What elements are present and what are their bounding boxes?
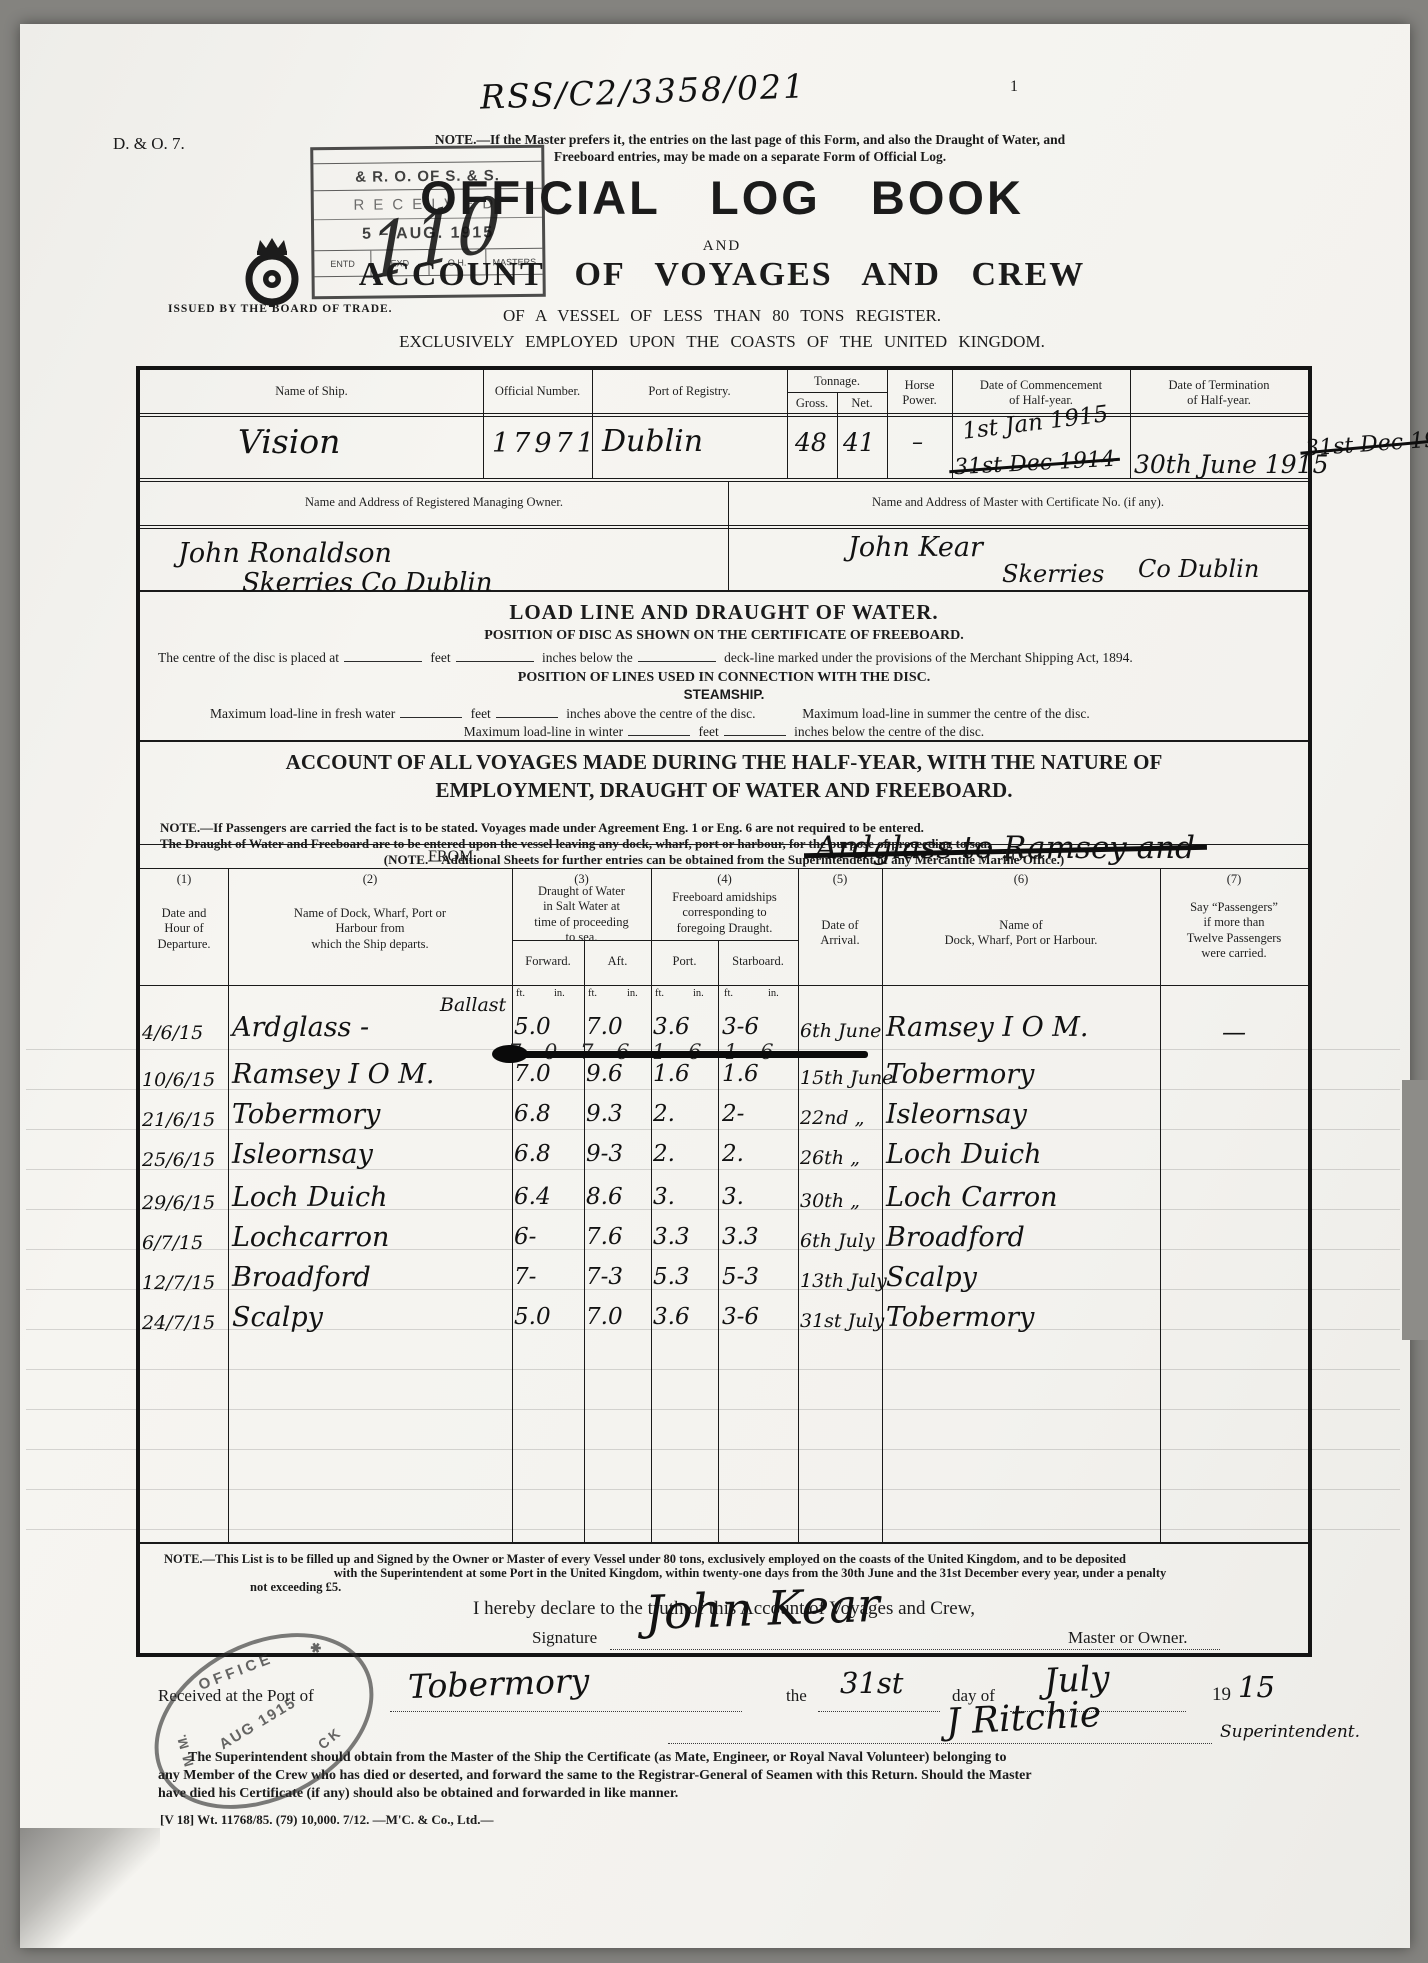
voyage-from-value: Scalpy: [232, 1302, 512, 1333]
voyage-row: 25/6/15Isleornsay6.89-32.2.26th „Loch Du…: [140, 1137, 1308, 1183]
voyage-starboard-value: 1.6: [722, 1061, 796, 1087]
voyage-port-value: 3.: [653, 1184, 716, 1210]
page-title: OFFICIAL LOG BOOK: [314, 170, 1130, 225]
voyage-starboard-value: 2.: [722, 1141, 796, 1167]
scanned-page: D. & O. 7. RSS/C2/3358/021 1 NOTE.—If th…: [0, 0, 1428, 1963]
voyage-date-value: 12/7/15: [142, 1272, 228, 1294]
main-form-box: Name of Ship. Official Number. Port of R…: [136, 366, 1312, 1657]
voyage-aft-value: 7-3: [586, 1264, 649, 1290]
voyage-from-value: Ardglass -: [232, 1012, 512, 1043]
master-or-owner-label: Master or Owner.: [1068, 1628, 1187, 1648]
voyage-arrival-value: 13th July: [800, 1270, 896, 1292]
subtitle-coasts: EXCLUSIVELY EMPLOYED UPON THE COASTS OF …: [314, 332, 1130, 352]
voyage-date-value: 10/6/15: [142, 1069, 228, 1091]
voyage-from-value: Broadford: [232, 1262, 512, 1293]
voyage-row: 4/6/15Ardglass -5.07.03.63-66th JuneRams…: [140, 1010, 1308, 1056]
page-corner-fold: [20, 1828, 160, 1948]
page-subtitle: ACCOUNT OF VOYAGES AND CREW: [314, 256, 1130, 294]
voyage-to-value: Ramsey I O M.: [886, 1012, 1158, 1043]
voyage-from-value: Lochcarron: [232, 1222, 512, 1253]
voyage-aft-value: 9.6: [586, 1061, 649, 1087]
voyage-starboard-value: 3-6: [722, 1304, 796, 1330]
voyage-date-value: 21/6/15: [142, 1109, 228, 1131]
title-and: AND: [314, 238, 1130, 255]
superintendent-label: Superintendent.: [1220, 1722, 1360, 1742]
bottom-note-line1: NOTE.—This List is to be filled up and S…: [164, 1552, 1294, 1567]
voyage-arrival-value: 6th July: [800, 1230, 896, 1252]
voyage-to-value: Tobermory: [886, 1059, 1158, 1090]
voyage-forward-value: 7-: [514, 1264, 582, 1290]
voyage-ballast-note: Ballast: [440, 994, 506, 1016]
signature-label: Signature: [532, 1628, 597, 1648]
received-port-value: Tobermory: [407, 1661, 590, 1706]
voyage-aft-value: 8.6: [586, 1184, 649, 1210]
voyage-from-value: Isleornsay: [232, 1139, 512, 1170]
voyage-arrival-value: 22nd „: [800, 1107, 896, 1129]
voyage-arrival-value: 15th June: [800, 1067, 896, 1089]
bottom-note-line3: not exceeding £5.: [250, 1580, 341, 1595]
oval-stamp-star: ✱: [308, 1639, 325, 1658]
voyage-to-value: Broadford: [886, 1222, 1158, 1253]
voyage-arrival-value: 30th „: [800, 1190, 896, 1212]
bottom-note-line2: with the Superintendent at some Port in …: [250, 1566, 1250, 1581]
voyage-port-value: 3.6: [653, 1014, 716, 1040]
voyage-aft-value: 7.0: [586, 1014, 649, 1040]
voyage-forward-value: 7.0: [514, 1061, 582, 1087]
oval-stamp-mm: M. M.: [174, 1733, 197, 1768]
voyage-to-value: Tobermory: [886, 1302, 1158, 1333]
form-code: D. & O. 7.: [113, 134, 185, 154]
voyage-aft-value: 9-3: [586, 1141, 649, 1167]
voyage-port-value: 2.: [653, 1101, 716, 1127]
voyage-arrival-value: 31st July: [800, 1310, 896, 1332]
oval-stamp-date: AUG 1915: [216, 1694, 299, 1753]
voyage-port-value: 3.3: [653, 1224, 716, 1250]
scan-edge-artifact: [1402, 1080, 1428, 1340]
voyage-forward-value: 5.0: [514, 1014, 582, 1040]
voyage-date-value: 29/6/15: [142, 1192, 228, 1214]
sup-note-line3: have died his Certificate (if any) shoul…: [158, 1786, 1313, 1802]
voyage-from-value: Loch Duich: [232, 1182, 512, 1213]
voyage-forward-value: 6.4: [514, 1184, 582, 1210]
the-label: the: [786, 1686, 807, 1706]
voyage-starboard-value: 3.3: [722, 1224, 796, 1250]
voyage-port-value: 3.6: [653, 1304, 716, 1330]
oval-stamp-ck: CK: [315, 1723, 345, 1752]
voyage-forward-value: 6.8: [514, 1101, 582, 1127]
voyage-to-value: Scalpy: [886, 1262, 1158, 1293]
voyage-date-value: 25/6/15: [142, 1149, 228, 1171]
voyage-arrival-value: 26th „: [800, 1147, 896, 1169]
received-day-value: 31st: [840, 1666, 903, 1700]
footer-imprint: [V 18] Wt. 11768/85. (79) 10,000. 7/12. …: [160, 1812, 494, 1828]
voyage-starboard-value: 2-: [722, 1101, 796, 1127]
sup-note-line1: The Superintendent should obtain from th…: [188, 1750, 1313, 1766]
voyage-port-value: 1.6: [653, 1061, 716, 1087]
voyage-to-value: Loch Carron: [886, 1182, 1158, 1213]
voyage-forward-value: 6.8: [514, 1141, 582, 1167]
voyage-date-value: 6/7/15: [142, 1232, 228, 1254]
voyage-aft-value: 7.0: [586, 1304, 649, 1330]
voyage-forward-value: 5.0: [514, 1304, 582, 1330]
received-year-value: 15: [1238, 1670, 1275, 1704]
voyage-starboard-value: 3-6: [722, 1014, 796, 1040]
voyage-from-value: Tobermory: [232, 1099, 512, 1130]
superintendent-signature: J Ritchie: [945, 1694, 1102, 1743]
board-of-trade-crest-icon: [233, 234, 311, 313]
voyage-starboard-value: 3.: [722, 1184, 796, 1210]
voyage-row: 24/7/15Scalpy5.07.03.63-631st JulyToberm…: [140, 1300, 1308, 1346]
voyage-rows: 4/6/15Ardglass -5.07.03.63-66th JuneRams…: [140, 370, 1308, 1542]
voyage-to-value: Isleornsay: [886, 1099, 1158, 1130]
voyage-aft-value: 9.3: [586, 1101, 649, 1127]
voyage-starboard-value: 5-3: [722, 1264, 796, 1290]
page-number: 1: [1010, 78, 1018, 96]
voyage-forward-value: 6-: [514, 1224, 582, 1250]
voyage-port-value: 5.3: [653, 1264, 716, 1290]
voyage-to-value: Loch Duich: [886, 1139, 1158, 1170]
year-printed: 19: [1212, 1684, 1231, 1706]
voyage-passengers-value: —: [1162, 1018, 1306, 1046]
voyage-from-value: Ramsey I O M.: [232, 1059, 512, 1090]
voyage-date-value: 24/7/15: [142, 1312, 228, 1334]
voyage-aft-value: 7.6: [586, 1224, 649, 1250]
voyage-port-value: 2.: [653, 1141, 716, 1167]
voyage-date-value: 4/6/15: [142, 1022, 228, 1044]
master-signature-handwritten: John Kear: [644, 1578, 881, 1641]
voyage-arrival-value: 6th June: [800, 1020, 896, 1042]
subtitle-vessel: OF A VESSEL OF LESS THAN 80 TONS REGISTE…: [314, 306, 1130, 326]
